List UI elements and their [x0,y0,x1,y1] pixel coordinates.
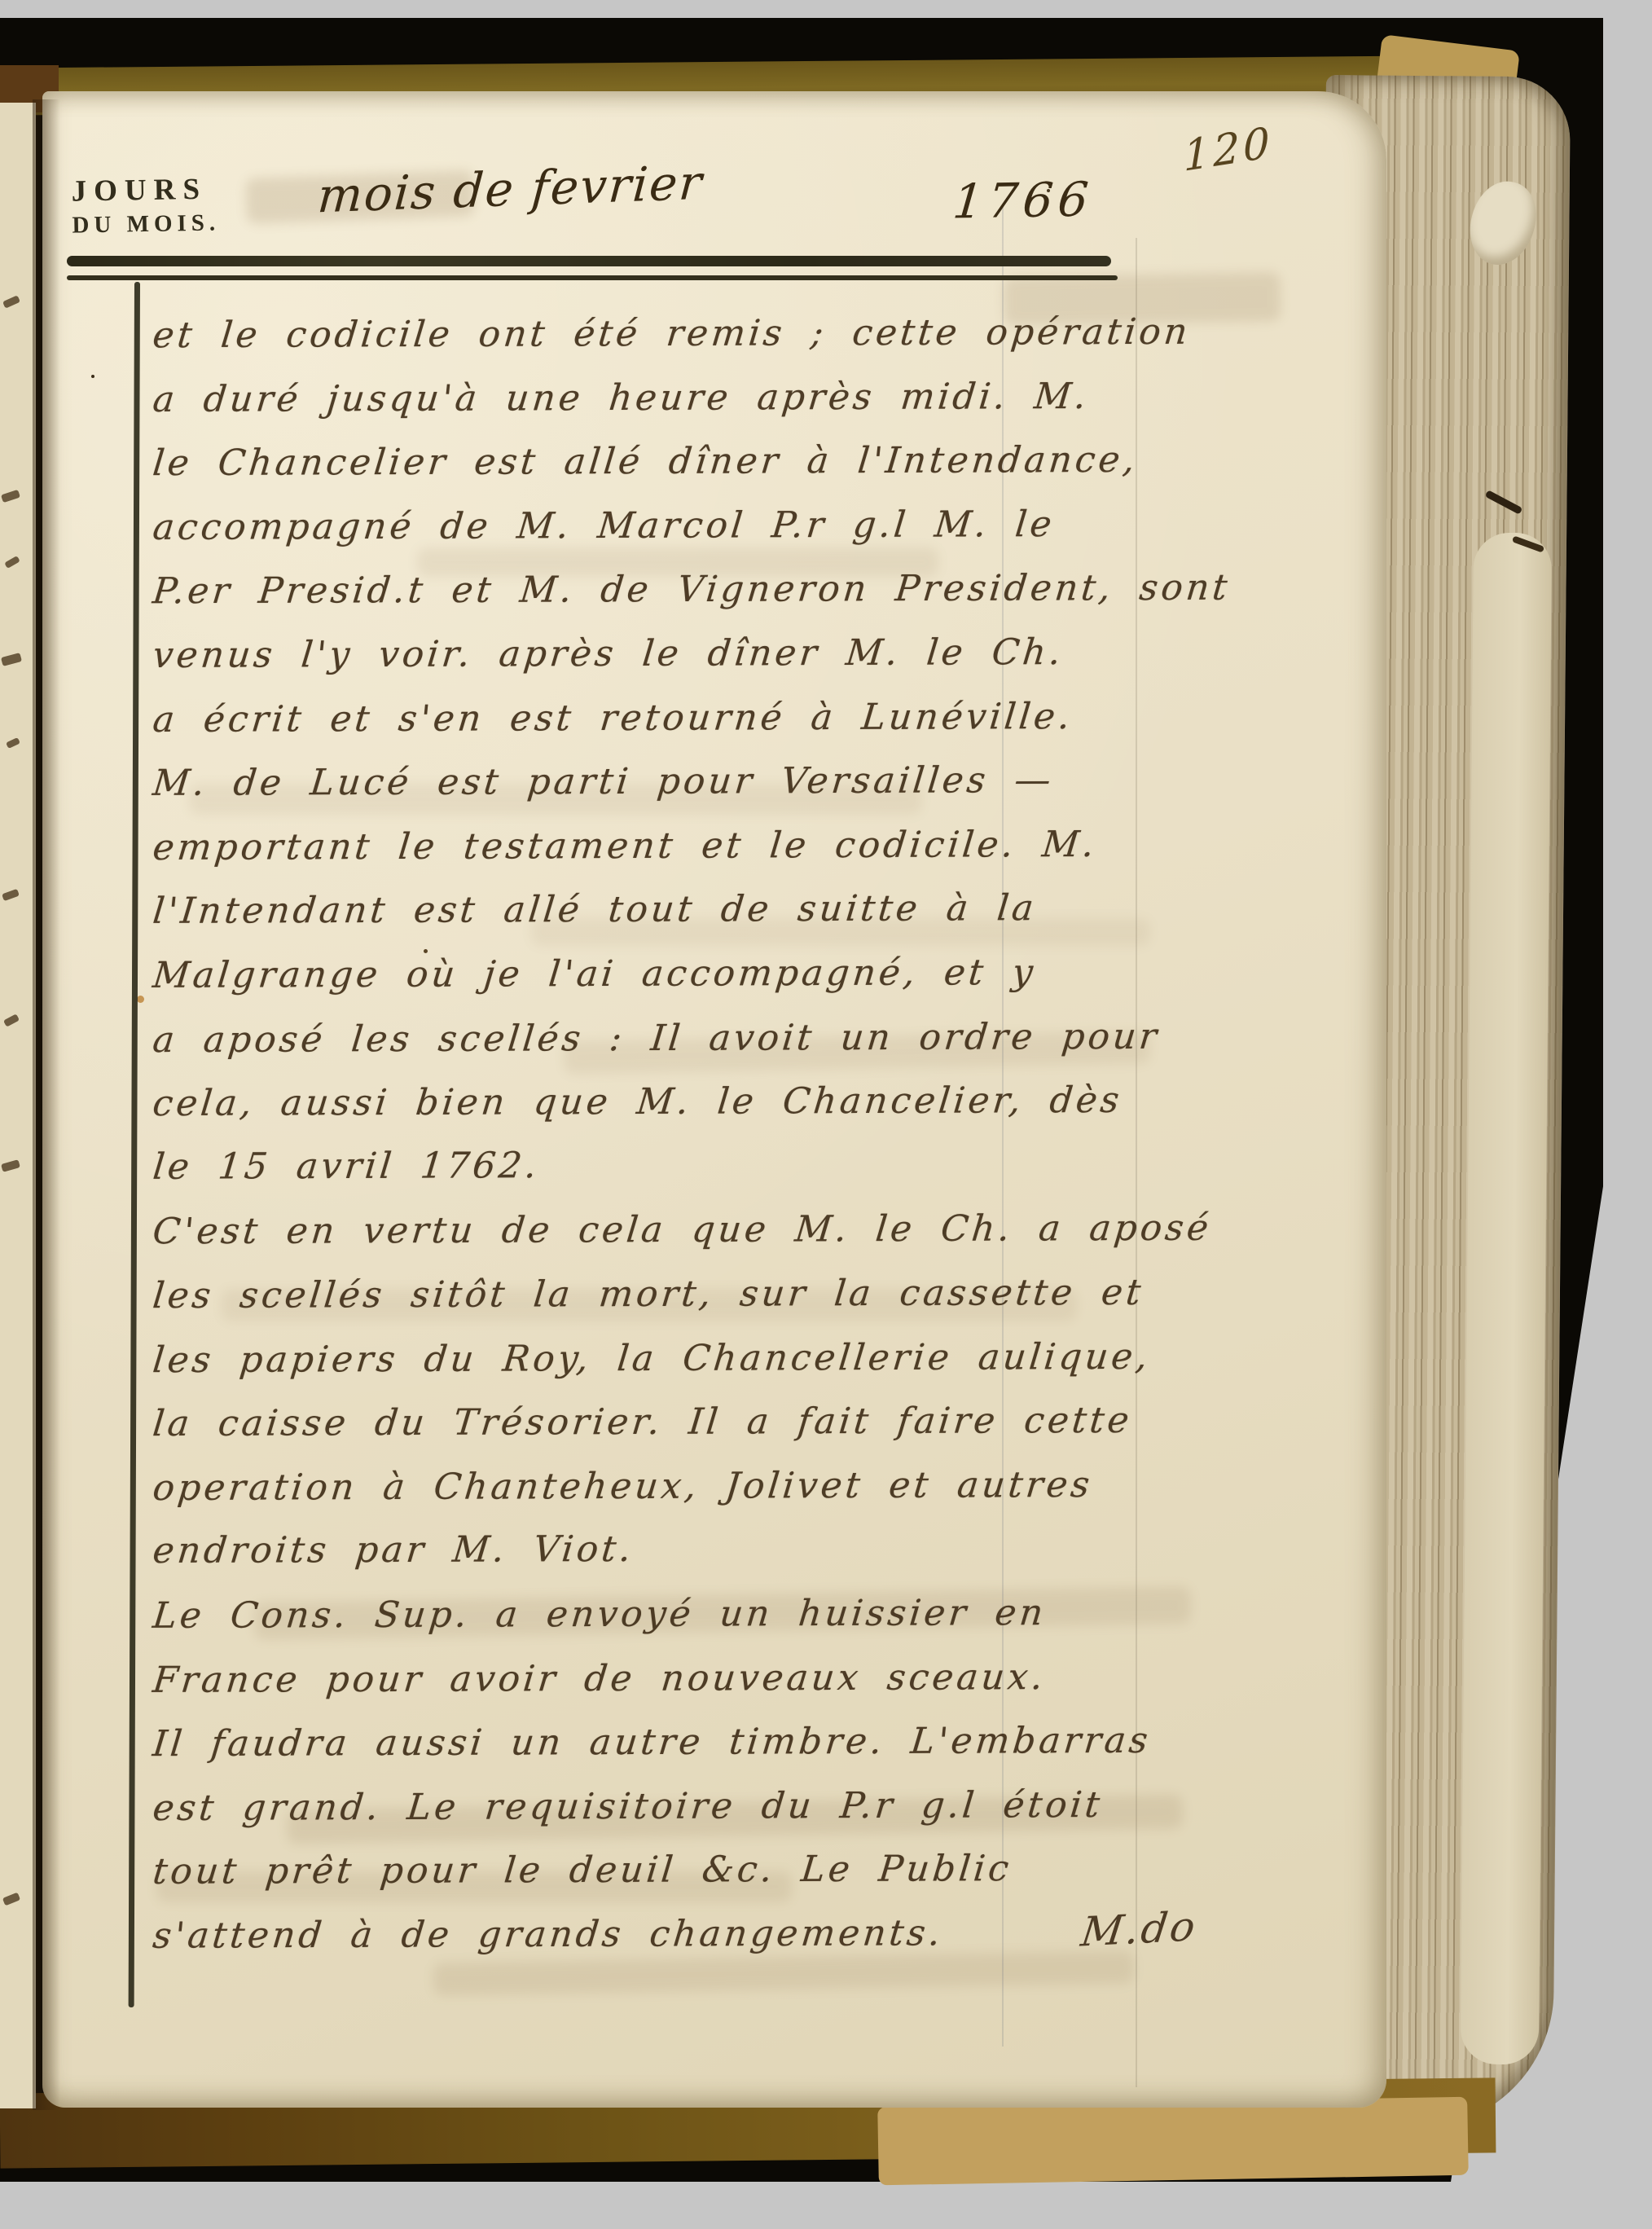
end-of-entry-flourish: M.do [1079,1902,1200,1955]
manuscript-line: Il faudra aussi un autre timbre. L'embar… [151,1720,1153,1765]
ink-mark [3,1013,20,1027]
manuscript-line: tout prêt pour le deuil &c. Le Public [151,1849,1013,1893]
manuscript-line: a écrit et s'en est retourné à Lunéville… [151,696,1075,741]
manuscript-line: a aposé les scellés : Il avoit un ordre … [151,1015,1162,1060]
binding-gutter-shadow [33,99,60,2110]
manuscript-line: Le Cons. Sup. a envoyé un huissier en [151,1592,1048,1637]
manuscript-line: le Chancelier est allé dîner à l'Intenda… [151,439,1140,484]
manuscript-line: M. de Lucé est parti pour Versailles — [151,759,1056,804]
foxing-spot [91,375,94,378]
manuscript-line: les scellés sitôt la mort, sur la casset… [151,1272,1145,1317]
handwritten-month-title: mois de fevrier [316,155,705,224]
foxing-spot [137,996,144,1003]
handwritten-page-number: 120 [1183,118,1273,182]
manuscript-line: est grand. Le requisitoire du P.r g.l ét… [151,1784,1105,1829]
header-rule-thin [67,275,1118,280]
manuscript-line: les papiers du Roy, la Chancellerie auli… [151,1335,1153,1380]
margin-rule [129,282,140,2007]
printed-column-label: JOURS DU MOIS. [71,171,220,239]
ink-mark [1,490,20,503]
ink-mark [2,889,20,901]
ink-mark [1,653,22,666]
ink-mark [2,295,20,308]
ink-mark [6,737,20,749]
book-cover-bottom-tan-edge [877,2097,1469,2186]
manuscript-page: JOURS DU MOIS. mois de fevrier 1766 120 … [42,91,1386,2108]
manuscript-line: la caisse du Trésorier. Il a fait faire … [151,1400,1134,1444]
ink-mark [1,1159,20,1172]
header-rule-thick [67,256,1111,266]
manuscript-line: accompagné de M. Marcol P.r g.l M. le [151,503,1057,548]
ink-mark [4,556,20,569]
manuscript-line: s'attend à de grands changements. [151,1912,945,1956]
manuscript-line: et le codicile ont été remis ; cette opé… [151,311,1193,356]
manuscript-line: venus l'y voir. après le dîner M. le Ch. [151,631,1065,676]
curled-page-edge [1461,533,1552,2065]
manuscript-line: le 15 avril 1762. [151,1145,542,1188]
manuscript-line: a duré jusqu'à une heure après midi. M. [151,376,1091,420]
manuscript-line: endroits par M. Viot. [151,1528,635,1572]
manuscript-line: France pour avoir de nouveaux sceaux. [151,1656,1048,1701]
manuscript-line: cela, aussi bien que M. le Chancelier, d… [151,1079,1124,1124]
manuscript-line: P.er Presid.t et M. de Vigneron Presiden… [151,567,1232,613]
printed-label-line1: JOURS [71,171,219,209]
manuscript-body: et le codicile ont été remis ; cette opé… [153,313,1359,2040]
manuscript-line: Malgrange où je l'ai accompagné, et y [151,952,1038,996]
facing-page-sliver [0,103,36,2108]
manuscript-line: emportant le testament et le codicile. M… [151,824,1099,868]
manuscript-line: operation à Chanteheux, Jolivet et autre… [151,1464,1095,1509]
printed-label-line2: DU MOIS. [72,209,220,239]
handwritten-year: 1766 [951,171,1096,229]
ink-mark [2,1893,20,1906]
scanned-manuscript-page: JOURS DU MOIS. mois de fevrier 1766 120 … [0,0,1652,2229]
manuscript-line: C'est en vertu de cela que M. le Ch. a a… [151,1207,1214,1253]
manuscript-line: l'Intendant est allé tout de suitte à la [151,887,1039,932]
